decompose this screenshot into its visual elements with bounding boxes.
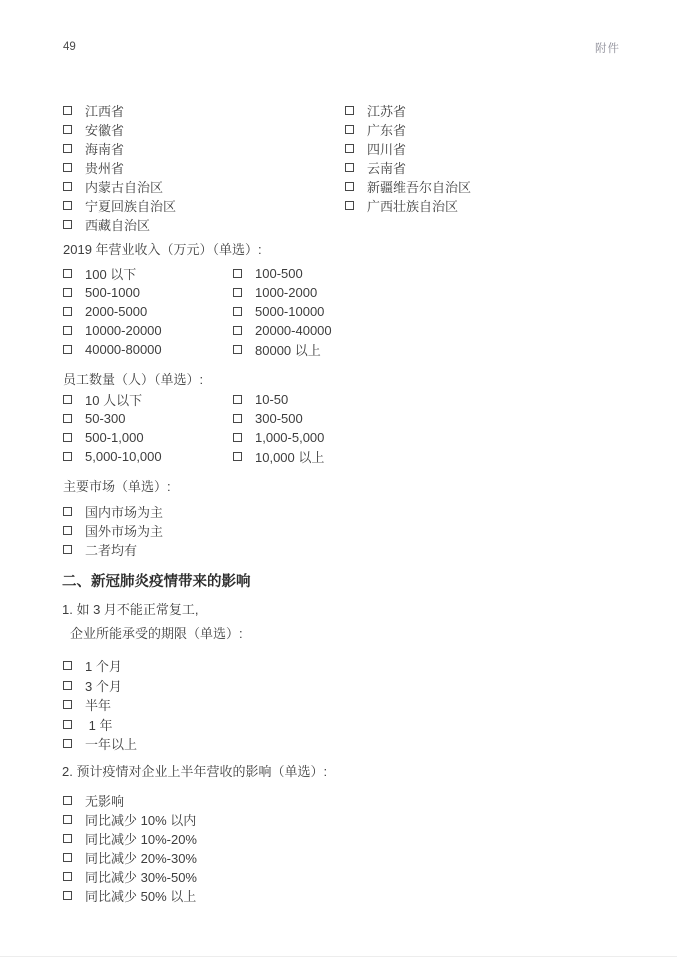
province-option[interactable]: 贵州省: [63, 158, 345, 177]
option-label: 10000-20000: [85, 323, 162, 338]
option-label: 1000-2000: [255, 285, 317, 300]
option-label: 2000-5000: [85, 304, 147, 319]
checkbox-icon[interactable]: [63, 307, 72, 316]
checkbox-icon[interactable]: [63, 182, 72, 191]
checkbox-icon[interactable]: [233, 307, 242, 316]
employees-option[interactable]: 5,000-10,000: [63, 447, 233, 466]
option-label: 5,000-10,000: [85, 449, 162, 464]
employees-column-right: 10-50 300-500 1,000-5,000 10,000 以上: [233, 390, 324, 466]
revenue-option[interactable]: 20000-40000: [233, 321, 332, 340]
checkbox-icon[interactable]: [63, 326, 72, 335]
province-option[interactable]: 内蒙古自治区: [63, 177, 345, 196]
option-label: 3 个月: [85, 676, 122, 695]
employees-option[interactable]: 300-500: [233, 409, 324, 428]
checkbox-icon[interactable]: [63, 269, 72, 278]
province-option[interactable]: 宁夏回族自治区: [63, 196, 345, 215]
appendix-label: 附件: [595, 40, 620, 56]
checkbox-icon[interactable]: [63, 681, 72, 690]
market-option[interactable]: 国外市场为主: [63, 521, 163, 540]
checkbox-icon[interactable]: [233, 452, 242, 461]
revenue-option[interactable]: 100-500: [233, 264, 332, 283]
question-1-line1: 1. 如 3 月不能正常复工,: [62, 598, 243, 622]
checkbox-icon[interactable]: [63, 395, 72, 404]
option-label: 500-1000: [85, 285, 140, 300]
employees-option[interactable]: 1,000-5,000: [233, 428, 324, 447]
option-label: 10-50: [255, 392, 288, 407]
revenue-checklist: 100 以下 500-1000 2000-5000 10000-20000: [63, 264, 332, 359]
checkbox-icon[interactable]: [345, 144, 354, 153]
option-label: 二者均有: [85, 540, 137, 559]
employees-option[interactable]: 10 人以下: [63, 390, 233, 409]
checkbox-icon[interactable]: [233, 269, 242, 278]
checkbox-icon[interactable]: [345, 182, 354, 191]
checkbox-icon[interactable]: [63, 220, 72, 229]
province-checklist: 江西省 安徽省 海南省 贵州省: [63, 101, 471, 234]
option-label: 国内市场为主: [85, 502, 163, 521]
checkbox-icon[interactable]: [63, 144, 72, 153]
market-heading: 主要市场（单选）:: [63, 477, 171, 496]
question-1-line2: 企业所能承受的期限（单选）:: [62, 622, 243, 646]
option-label: 500-1,000: [85, 430, 144, 445]
option-label: 贵州省: [85, 158, 124, 177]
province-column-right: 江苏省 广东省 四川省 云南省: [345, 101, 471, 215]
option-label: 云南省: [367, 158, 406, 177]
checkbox-icon[interactable]: [63, 545, 72, 554]
employees-column-left: 10 人以下 50-300 500-1,000 5,000-10,000: [63, 390, 233, 466]
question-2-option[interactable]: 同比减少 20%-30%: [63, 848, 197, 867]
question-1-option[interactable]: 3 个月: [63, 676, 137, 696]
province-option[interactable]: 江苏省: [345, 101, 471, 120]
market-checklist: 国内市场为主 国外市场为主 二者均有: [63, 502, 163, 559]
question-2-option[interactable]: 同比减少 50% 以上: [63, 886, 197, 905]
checkbox-icon[interactable]: [63, 853, 72, 862]
question-2-option[interactable]: 同比减少 10% 以内: [63, 810, 197, 829]
option-label: 300-500: [255, 411, 303, 426]
revenue-option[interactable]: 100 以下: [63, 264, 233, 283]
market-option[interactable]: 二者均有: [63, 540, 163, 559]
option-label: 宁夏回族自治区: [85, 196, 176, 215]
checkbox-icon[interactable]: [345, 201, 354, 210]
option-label: 广西壮族自治区: [367, 196, 458, 215]
employees-checklist: 10 人以下 50-300 500-1,000 5,000-10,000: [63, 390, 324, 466]
province-option[interactable]: 江西省: [63, 101, 345, 120]
checkbox-icon[interactable]: [63, 414, 72, 423]
checkbox-icon[interactable]: [63, 163, 72, 172]
question-2-checklist: 无影响 同比减少 10% 以内 同比减少 10%-20% 同比减少 20%-30…: [63, 791, 197, 905]
province-option[interactable]: 广西壮族自治区: [345, 196, 471, 215]
revenue-option[interactable]: 500-1000: [63, 283, 233, 302]
option-label: 10,000 以上: [255, 447, 324, 466]
option-label: 安徽省: [85, 120, 124, 139]
option-label: 100-500: [255, 266, 303, 281]
option-label: 40000-80000: [85, 342, 162, 357]
province-option[interactable]: 安徽省: [63, 120, 345, 139]
employees-option[interactable]: 10,000 以上: [233, 447, 324, 466]
option-label: 内蒙古自治区: [85, 177, 163, 196]
checkbox-icon[interactable]: [63, 507, 72, 516]
option-label: 一年以上: [85, 734, 137, 753]
question-1-option[interactable]: 半年: [63, 695, 137, 715]
checkbox-icon[interactable]: [63, 700, 72, 709]
province-column-left: 江西省 安徽省 海南省 贵州省: [63, 101, 345, 234]
checkbox-icon[interactable]: [233, 345, 242, 354]
revenue-option[interactable]: 80000 以上: [233, 340, 332, 359]
question-2-option[interactable]: 同比减少 10%-20%: [63, 829, 197, 848]
option-label: 1 个月: [85, 656, 122, 675]
revenue-heading: 2019 年营业收入（万元）（单选）:: [63, 240, 262, 259]
option-label: 5000-10000: [255, 304, 324, 319]
option-label: 50-300: [85, 411, 125, 426]
question-2-option[interactable]: 无影响: [63, 791, 197, 810]
checkbox-icon[interactable]: [233, 395, 242, 404]
option-label: 1,000-5,000: [255, 430, 324, 445]
checkbox-icon[interactable]: [63, 891, 72, 900]
province-option[interactable]: 云南省: [345, 158, 471, 177]
employees-option[interactable]: 50-300: [63, 409, 233, 428]
option-label: 同比减少 50% 以上: [85, 886, 196, 905]
revenue-option[interactable]: 10000-20000: [63, 321, 233, 340]
checkbox-icon[interactable]: [63, 452, 72, 461]
revenue-option[interactable]: 2000-5000: [63, 302, 233, 321]
document-page: 49 附件 江西省 安徽省 海南省: [0, 0, 677, 957]
option-label: 20000-40000: [255, 323, 332, 338]
checkbox-icon[interactable]: [63, 526, 72, 535]
option-label: 广东省: [367, 120, 406, 139]
option-label: 四川省: [367, 139, 406, 158]
checkbox-icon[interactable]: [63, 661, 72, 670]
employees-option[interactable]: 10-50: [233, 390, 324, 409]
revenue-column-right: 100-500 1000-2000 5000-10000 20000-40000: [233, 264, 332, 359]
option-label: 新疆维吾尔自治区: [367, 177, 471, 196]
checkbox-icon[interactable]: [63, 872, 72, 881]
option-label: 西藏自治区: [85, 215, 150, 234]
checkbox-icon[interactable]: [233, 414, 242, 423]
option-label: 80000 以上: [255, 340, 321, 359]
market-option[interactable]: 国内市场为主: [63, 502, 163, 521]
revenue-option[interactable]: 40000-80000: [63, 340, 233, 359]
checkbox-icon[interactable]: [63, 720, 72, 729]
option-label: 江西省: [85, 101, 124, 120]
checkbox-icon[interactable]: [63, 796, 72, 805]
option-label: 江苏省: [367, 101, 406, 120]
option-label: 无影响: [85, 791, 124, 810]
question-1-checklist: 1 个月 3 个月 半年 1 年 一年以上: [63, 656, 137, 754]
question-2-heading: 2. 预计疫情对企业上半年营收的影响（单选）:: [62, 760, 327, 784]
checkbox-icon[interactable]: [63, 815, 72, 824]
province-option[interactable]: 四川省: [345, 139, 471, 158]
province-option[interactable]: 海南省: [63, 139, 345, 158]
option-label: 同比减少 30%-50%: [85, 867, 197, 886]
page-number: 49: [63, 41, 76, 53]
revenue-option[interactable]: 1000-2000: [233, 283, 332, 302]
option-label: 100 以下: [85, 264, 136, 283]
checkbox-icon[interactable]: [345, 106, 354, 115]
checkbox-icon[interactable]: [345, 125, 354, 134]
province-option[interactable]: 广东省: [345, 120, 471, 139]
question-1-option[interactable]: 1 个月: [63, 656, 137, 676]
option-label: 同比减少 10%-20%: [85, 829, 197, 848]
option-label: 同比减少 20%-30%: [85, 848, 197, 867]
question-1-option[interactable]: 1 年: [63, 715, 137, 735]
question-1: 1. 如 3 月不能正常复工, 企业所能承受的期限（单选）:: [62, 598, 243, 646]
checkbox-icon[interactable]: [233, 326, 242, 335]
option-label: 10 人以下: [85, 390, 142, 409]
revenue-column-left: 100 以下 500-1000 2000-5000 10000-20000: [63, 264, 233, 359]
province-option[interactable]: 新疆维吾尔自治区: [345, 177, 471, 196]
checkbox-icon[interactable]: [233, 433, 242, 442]
section-heading: 二、新冠肺炎疫情带来的影响: [62, 570, 251, 594]
checkbox-icon[interactable]: [345, 163, 354, 172]
checkbox-icon[interactable]: [63, 201, 72, 210]
question-1-option[interactable]: 一年以上: [63, 734, 137, 754]
question-2-option[interactable]: 同比减少 30%-50%: [63, 867, 197, 886]
employees-option[interactable]: 500-1,000: [63, 428, 233, 447]
checkbox-icon[interactable]: [63, 834, 72, 843]
option-label: 海南省: [85, 139, 124, 158]
province-option[interactable]: 西藏自治区: [63, 215, 345, 234]
option-label: 国外市场为主: [85, 521, 163, 540]
checkbox-icon[interactable]: [63, 106, 72, 115]
option-label: 1 年: [85, 715, 112, 734]
checkbox-icon[interactable]: [233, 288, 242, 297]
checkbox-icon[interactable]: [63, 433, 72, 442]
checkbox-icon[interactable]: [63, 739, 72, 748]
option-label: 同比减少 10% 以内: [85, 810, 196, 829]
revenue-option[interactable]: 5000-10000: [233, 302, 332, 321]
checkbox-icon[interactable]: [63, 288, 72, 297]
employees-heading: 员工数量（人）（单选）:: [63, 370, 203, 389]
checkbox-icon[interactable]: [63, 345, 72, 354]
option-label: 半年: [85, 695, 111, 714]
checkbox-icon[interactable]: [63, 125, 72, 134]
